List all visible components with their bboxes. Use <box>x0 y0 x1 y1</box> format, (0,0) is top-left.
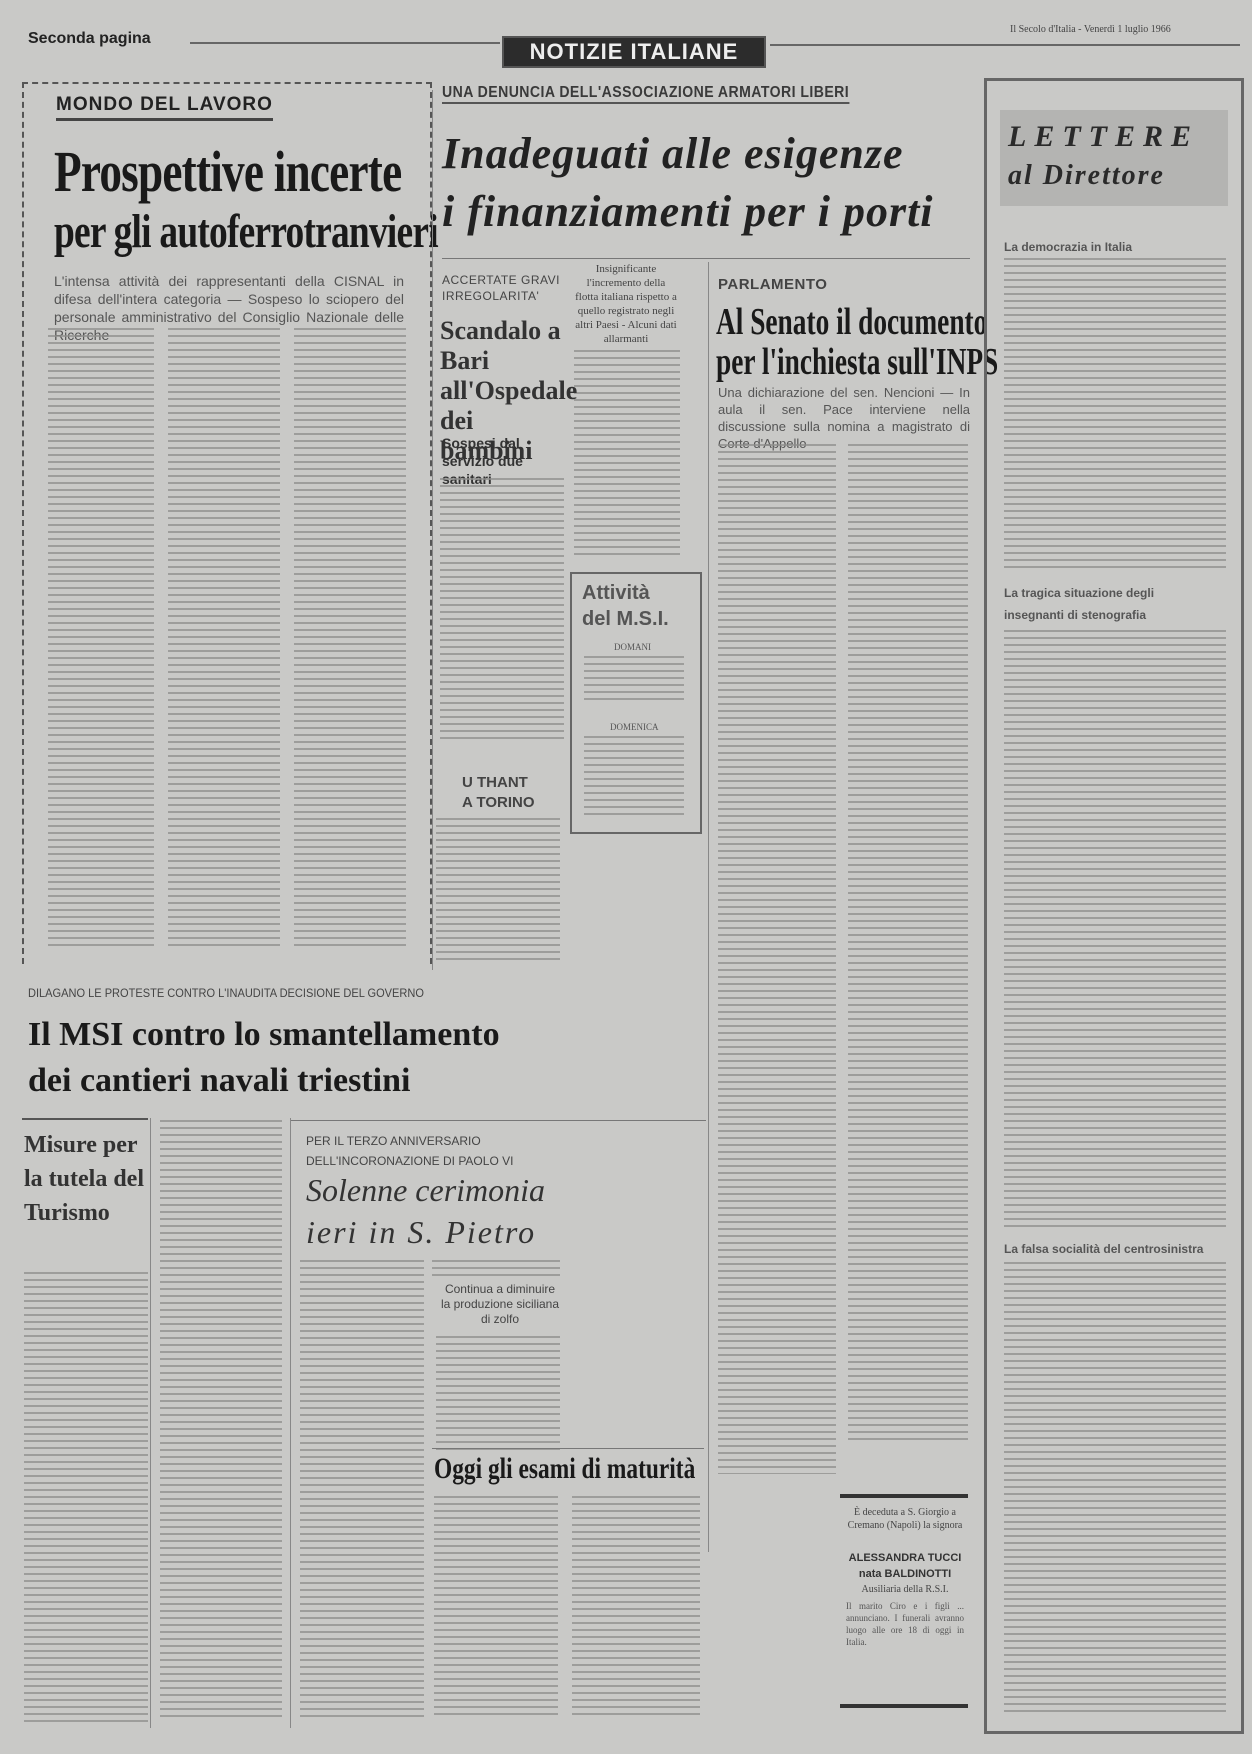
lutto-maiden: nata BALDINOTTI <box>846 1568 964 1580</box>
paolo-body-col-2 <box>432 1260 560 1280</box>
msi-activity-list-1 <box>584 656 684 700</box>
lettere-body-2 <box>1004 630 1226 1230</box>
porti-body <box>574 350 680 560</box>
masthead-rule-right <box>770 44 1240 46</box>
paolo-rule <box>290 1120 706 1121</box>
msi-activity-day-1: DOMANI <box>614 642 651 652</box>
porti-deck: Insignificante l'incremento della flotta… <box>574 262 678 346</box>
paolo-kicker-2: DELL'INCORONAZIONE DI PAOLO VI <box>306 1154 513 1168</box>
bari-kicker: ACCERTATE GRAVI IRREGOLARITA' <box>442 272 562 304</box>
masthead-rule-left <box>190 42 500 44</box>
porti-headline-2: i finanziamenti per i porti <box>442 186 934 237</box>
maturita-headline: Oggi gli esami di maturità <box>434 1452 695 1486</box>
maturita-rule <box>432 1448 704 1449</box>
paolo-kicker-1: PER IL TERZO ANNIVERSARIO <box>306 1134 481 1148</box>
section-banner: NOTIZIE ITALIANE <box>502 36 766 68</box>
lutto-intro: È deceduta a S. Giorgio a Cremano (Napol… <box>846 1506 964 1532</box>
u-thant-headline-2: A TORINO <box>462 794 535 811</box>
lettere-section-1: La democrazia in Italia <box>1004 240 1132 254</box>
lavoro-body-col-1 <box>48 328 154 948</box>
lutto-note: Ausiliaria della R.S.I. <box>846 1584 964 1595</box>
inps-kicker: PARLAMENTO <box>718 276 827 293</box>
u-thant-headline-1: U THANT <box>462 774 528 791</box>
bari-body <box>440 478 564 740</box>
lavoro-rubric: MONDO DEL LAVORO <box>56 94 273 121</box>
lavoro-body-col-2 <box>168 328 280 948</box>
lavoro-headline-1: Prospettive incerte <box>54 138 401 205</box>
cantieri-headline-2: dei cantieri navali triestini <box>28 1062 410 1100</box>
lutto-text: Il marito Ciro e i figli ... annunciano.… <box>846 1600 964 1648</box>
lettere-section-2: La tragica situazione degli insegnanti d… <box>1004 582 1184 626</box>
zolfo-headline: Continua a diminuire la produzione sicil… <box>440 1282 560 1327</box>
turismo-body <box>24 1272 148 1722</box>
page-info: Il Secolo d'Italia - Venerdì 1 luglio 19… <box>1010 24 1171 35</box>
cantieri-kicker: DILAGANO LE PROTESTE CONTRO L'INAUDITA D… <box>28 986 424 1000</box>
msi-activity-title-2: del M.S.I. <box>582 608 669 631</box>
paolo-headline-2: ieri in S. Pietro <box>306 1214 536 1251</box>
turismo-rule <box>22 1118 148 1120</box>
section-label: Seconda pagina <box>28 30 151 48</box>
inps-body-col-2 <box>848 444 968 1444</box>
col-divider-3 <box>150 1118 151 1728</box>
zolfo-body <box>436 1336 560 1452</box>
u-thant-body <box>436 818 560 960</box>
lutto-name: ALESSANDRA TUCCI <box>846 1552 964 1564</box>
msi-activity-list-2 <box>584 736 684 820</box>
msi-activity-title-1: Attività <box>582 582 650 605</box>
col-divider-1 <box>432 90 433 970</box>
lavoro-headline-2: per gli autoferrotranvieri <box>54 204 438 259</box>
porti-headline-1: Inadeguati alle esigenze <box>442 128 904 179</box>
inps-subhead: Una dichiarazione del sen. Nencioni — In… <box>718 384 970 452</box>
inps-headline-2: per l'inchiesta sull'INPS <box>716 340 998 384</box>
porti-kicker: UNA DENUNCIA DELL'ASSOCIAZIONE ARMATORI … <box>442 84 849 104</box>
maturita-body-col-1 <box>434 1496 558 1720</box>
lettere-body-3 <box>1004 1262 1226 1712</box>
col-divider-2 <box>290 1118 291 1728</box>
maturita-body-col-2 <box>572 1496 700 1720</box>
inps-divider <box>708 262 709 1552</box>
paolo-body-col-1 <box>300 1260 424 1720</box>
lettere-title-2: al Direttore <box>1008 160 1165 192</box>
inps-body-col-1 <box>718 444 836 1474</box>
inps-headline-1: Al Senato il documento <box>716 300 987 344</box>
turismo-headline: Misure per la tutela del Turismo <box>24 1128 144 1230</box>
cantieri-headline-1: Il MSI contro lo smantellamento <box>28 1016 500 1054</box>
lavoro-body-col-3 <box>294 328 406 948</box>
lettere-section-3: La falsa socialità del centrosinistra <box>1004 1242 1203 1256</box>
porti-rule <box>442 258 970 259</box>
cantieri-body-col-1 <box>160 1120 282 1720</box>
paolo-headline-1: Solenne cerimonia <box>306 1172 545 1209</box>
lettere-title-1: LETTERE <box>1008 120 1199 154</box>
msi-activity-day-2: DOMENICA <box>610 722 659 732</box>
lettere-body-1 <box>1004 258 1226 570</box>
